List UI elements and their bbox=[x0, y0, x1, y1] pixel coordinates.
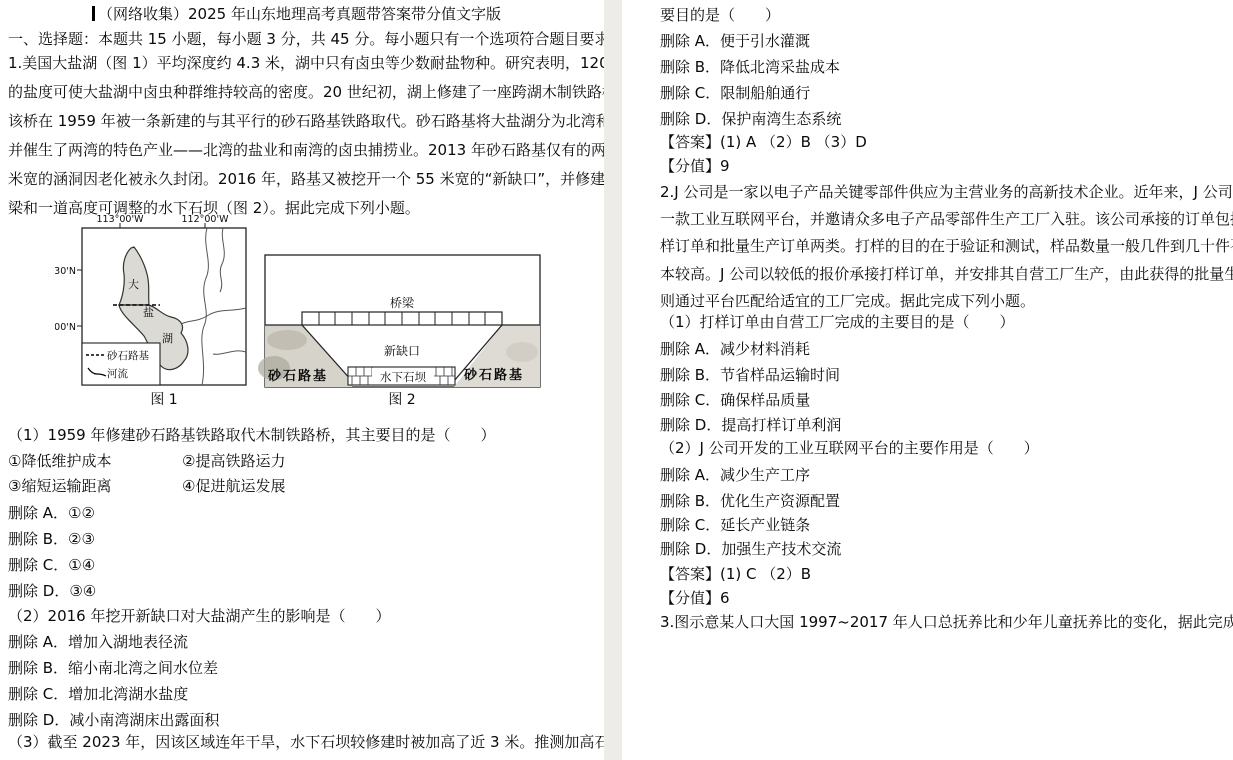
bridge-label: 桥梁 bbox=[390, 295, 415, 310]
fig1-lat-label: 41°00'N bbox=[55, 322, 76, 333]
underwater-dam: 水下石坝 bbox=[348, 367, 455, 385]
legend-label: 砂石路基 bbox=[107, 349, 149, 362]
lake-char: 大 bbox=[128, 277, 139, 291]
choice-line: 删除 D．减小南湾湖床出露面积 bbox=[8, 711, 219, 729]
q1-intro-line: 的盐度可使大盐湖中卤虫种群维持较高的密度。20 世纪初，湖上修建了一座跨湖木制铁… bbox=[8, 83, 632, 101]
q2-intro-line: 则通过平台匹配给适宜的工厂完成。据此完成下列小题。 bbox=[660, 292, 1035, 310]
q1-intro-line: 并催生了两湾的特色产业——北湾的盐业和南湾的卤虫捕捞业。2013 年砂石路基仅有… bbox=[8, 141, 650, 159]
legend-label: 河流 bbox=[107, 367, 128, 380]
choice-line: 删除 B．节省样品运输时间 bbox=[660, 366, 840, 384]
q1-answer-line: 【答案】(1) A （2）B （3）D bbox=[660, 133, 867, 151]
q2-sub1-stem: （1）打样订单由自营工厂完成的主要目的是（ ） bbox=[660, 313, 1015, 331]
choice-line: 删除 D．加强生产技术交流 bbox=[660, 540, 841, 558]
q2-answer-line: 【答案】(1) C （2）B bbox=[660, 565, 811, 583]
choice-line: 删除 A．增加入湖地表径流 bbox=[8, 633, 188, 651]
q2-score-line: 【分值】6 bbox=[660, 589, 730, 607]
choice-line: 删除 D．③④ bbox=[8, 582, 96, 600]
numbered-option: ③缩短运输距离 bbox=[8, 477, 182, 495]
fig1-lon-label: 113°00'W bbox=[97, 214, 145, 225]
page-left[interactable]: （网络收集）2025 年山东地理高考真题带答案带分值文字版 一、选择题：本题共 … bbox=[0, 0, 604, 760]
q1-intro-line: 米宽的涵洞因老化被永久封闭。2016 年，路基又被挖开一个 55 米宽的“新缺口… bbox=[8, 170, 635, 188]
choice-line: 删除 B．②③ bbox=[8, 530, 95, 548]
q2-intro-line: 本较高。J 公司以较低的报价承接打样订单，并安排其自营工厂生产，由此获得的批量生… bbox=[660, 265, 1233, 283]
q2-intro-line: 样订单和批量生产订单两类。打样的目的在于验证和测试，样品数量一般几件到几十件不等… bbox=[660, 237, 1233, 255]
q1-score-line: 【分值】9 bbox=[660, 157, 730, 175]
fig1-lon-label: 112°00'W bbox=[182, 214, 230, 225]
roadbed-left-label: 砂石路基 bbox=[268, 368, 328, 384]
q2-intro-line: 一款工业互联网平台，并邀请众多电子产品零部件生产工厂入驻。该公司承接的订单包括产… bbox=[660, 210, 1233, 228]
question1-figures: 113°00'W 112°00'W 41°30'N 41°00'N 大 bbox=[55, 212, 555, 412]
q1-sub1-stem: （1）1959 年修建砂石路基铁路取代木制铁路桥，其主要目的是（ ） bbox=[8, 426, 496, 444]
choice-line: 删除 C．限制船舶通行 bbox=[660, 84, 810, 102]
new-gap-label: 新缺口 bbox=[384, 343, 420, 358]
q1-sub2-stem: （2）2016 年挖开新缺口对大盐湖产生的影响是（ ） bbox=[8, 607, 391, 625]
q1-sub3-stem-start: （3）截至 2023 年，因该区域连年干旱，水下石坝较修建时被加高了近 3 米。… bbox=[8, 733, 654, 751]
choice-line: 删除 D．保护南湾生态系统 bbox=[660, 110, 841, 128]
q1-intro-line: 1.美国大盐湖（图 1）平均深度约 4.3 米，湖中只有卤虫等少数耐盐物种。研究… bbox=[8, 54, 690, 72]
choice-line: 删除 C．确保样品质量 bbox=[660, 391, 810, 409]
choice-line: 删除 D．提高打样订单利润 bbox=[660, 416, 841, 434]
choice-line: 删除 B．缩小南北湾之间水位差 bbox=[8, 659, 218, 677]
lake-char: 盐 bbox=[143, 305, 154, 319]
choice-line: 删除 C．①④ bbox=[8, 556, 95, 574]
title-line: （网络收集）2025 年山东地理高考真题带答案带分值文字版 bbox=[92, 5, 501, 23]
roadbed-texture bbox=[267, 330, 307, 350]
figure1-caption: 图 1 bbox=[150, 392, 177, 408]
choice-line: 删除 B．降低北湾采盐成本 bbox=[660, 58, 840, 76]
figure1-map: 113°00'W 112°00'W 41°30'N 41°00'N 大 bbox=[55, 214, 246, 408]
roadbed-texture bbox=[506, 342, 538, 362]
page-gutter bbox=[604, 0, 622, 760]
q1-sub1-option-row: ③缩短运输距离④促进航运发展 bbox=[8, 477, 285, 495]
choice-line: 删除 A．①② bbox=[8, 504, 95, 522]
numbered-option: ①降低维护成本 bbox=[8, 452, 182, 470]
fig1-lat-label: 41°30'N bbox=[55, 266, 76, 277]
fig1-legend: 砂石路基 河流 bbox=[82, 343, 160, 385]
exam-title: （网络收集）2025 年山东地理高考真题带答案带分值文字版 bbox=[98, 5, 501, 23]
figure2-caption: 图 2 bbox=[388, 392, 415, 408]
choice-line: 删除 B．优化生产资源配置 bbox=[660, 492, 840, 510]
q1-intro-line: 该桥在 1959 年被一条新建的与其平行的砂石路基铁路取代。砂石路基将大盐湖分为… bbox=[8, 112, 656, 130]
figure2-cross-section: 桥梁 新缺口 bbox=[258, 255, 540, 408]
q1-sub1-option-row: ①降低维护成本②提高铁路运力 bbox=[8, 452, 285, 470]
choice-line: 删除 C．增加北湾湖水盐度 bbox=[8, 685, 188, 703]
numbered-option: ②提高铁路运力 bbox=[182, 452, 285, 470]
page-right[interactable]: 要目的是（ ） 删除 A．便于引水灌溉 删除 B．降低北湾采盐成本 删除 C．限… bbox=[622, 0, 1233, 760]
choice-line: 删除 C．延长产业链条 bbox=[660, 516, 810, 534]
choice-line: 删除 A．便于引水灌溉 bbox=[660, 32, 810, 50]
document-viewer: （网络收集）2025 年山东地理高考真题带答案带分值文字版 一、选择题：本题共 … bbox=[0, 0, 1233, 760]
text-cursor bbox=[92, 6, 95, 21]
dam-label: 水下石坝 bbox=[380, 370, 426, 384]
q2-sub2-stem: （2）J 公司开发的工业互联网平台的主要作用是（ ） bbox=[660, 439, 1039, 457]
q2-intro-line: 2.J 公司是一家以电子产品关键零部件供应为主营业务的高新技术企业。近年来，J … bbox=[660, 183, 1233, 201]
q1-sub3-stem-cont: 要目的是（ ） bbox=[660, 6, 780, 24]
numbered-option: ④促进航运发展 bbox=[182, 477, 285, 495]
lake-char: 湖 bbox=[162, 331, 173, 345]
roadbed-right-label: 砂石路基 bbox=[464, 367, 524, 383]
choice-line: 删除 A．减少材料消耗 bbox=[660, 340, 810, 358]
q3-intro-line: 3.图示意某人口大国 1997~2017 年人口总抚养比和少年儿童抚养比的变化，… bbox=[660, 613, 1233, 631]
choice-line: 删除 A．减少生产工序 bbox=[660, 466, 810, 484]
section-instructions: 一、选择题：本题共 15 小题，每小题 3 分，共 45 分。每小题只有一个选项… bbox=[8, 30, 624, 48]
